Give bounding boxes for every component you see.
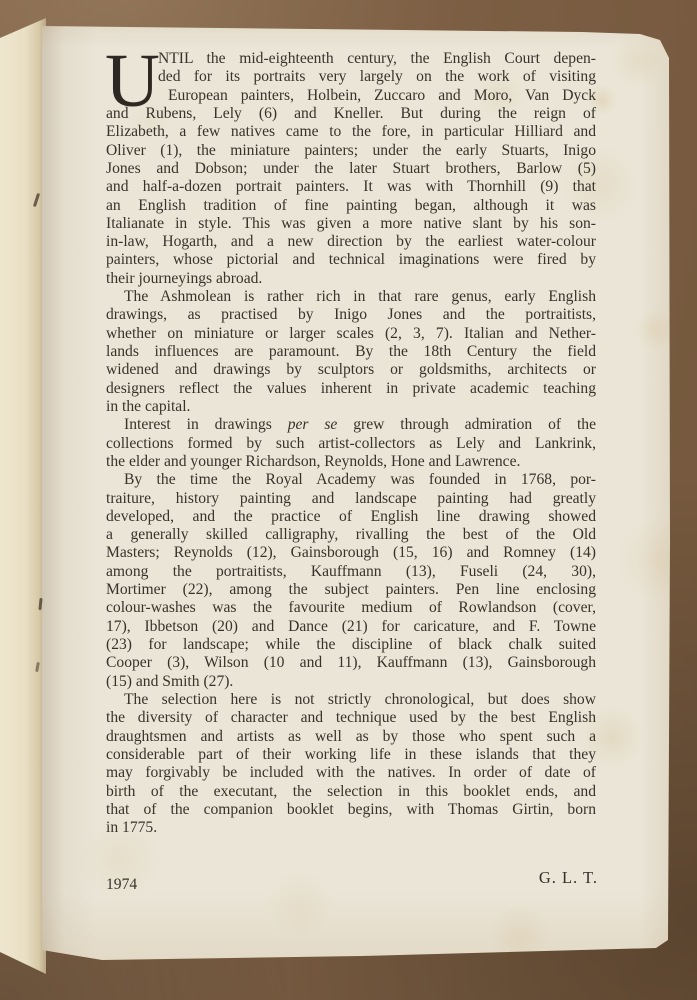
text-line: European painters, Holbein, Zuccaro and …: [106, 87, 596, 105]
text-segment: grew through admiration of the: [337, 416, 596, 433]
text-line: considerable part of their working life …: [106, 746, 596, 764]
text-line: Italianate in style. This was given a mo…: [106, 215, 596, 233]
text-line: lands influences are paramount. By the 1…: [106, 343, 596, 361]
text-line: among the portraitists, Kauffmann (13), …: [106, 563, 596, 581]
text-line: draughtsmen and artists as well as by th…: [106, 728, 596, 746]
text-line: developed, and the practice of English l…: [106, 508, 596, 526]
text-line: The Ashmolean is rather rich in that rar…: [106, 288, 596, 306]
photo-scene: U NTIL the mid-eighteenth century, the E…: [0, 0, 697, 1000]
text-line: Masters; Reynolds (12), Gainsborough (15…: [106, 544, 596, 562]
text-line: in 1775.: [106, 819, 596, 837]
author-initials: G. L. T.: [106, 868, 598, 888]
text-line: a generally skilled calligraphy, rivalli…: [106, 526, 596, 544]
text-line: whether on miniature or larger scales (2…: [106, 325, 596, 343]
text-line: The selection here is not strictly chron…: [106, 691, 596, 709]
text-segment: Interest in drawings: [124, 416, 288, 433]
text-line: Mortimer (22), among the subject painter…: [106, 581, 596, 599]
text-line: in-law, Hogarth, and a new direction by …: [106, 233, 596, 251]
text-line: NTIL the mid-eighteenth century, the Eng…: [106, 50, 596, 68]
text-line: that of the companion booklet begins, wi…: [106, 801, 596, 819]
previous-page-edge: [0, 12, 46, 988]
text-line: Elizabeth, a few natives came to the for…: [106, 123, 596, 141]
drop-cap: U: [105, 43, 160, 119]
text-line: Jones and Dobson; under the later Stuart…: [106, 160, 596, 178]
text-line: Oliver (1), the miniature painters; unde…: [106, 142, 596, 160]
text-line: widened and drawings by sculptors or gol…: [106, 361, 596, 379]
text-line: Interest in drawings per se grew through…: [106, 416, 596, 434]
text-line: colour-washes was the favourite medium o…: [106, 599, 596, 617]
text-line: their journeyings abroad.: [106, 270, 596, 288]
text-line: collections formed by such artist-collec…: [106, 435, 596, 453]
page-text: U NTIL the mid-eighteenth century, the E…: [106, 50, 596, 837]
text-line: painters, whose pictorial and technical …: [106, 251, 596, 269]
paragraph-selection: The selection here is not strictly chron…: [106, 691, 596, 838]
text-line: birth of the executant, the selection in…: [106, 783, 596, 801]
paragraph-ashmolean: The Ashmolean is rather rich in that rar…: [106, 288, 596, 416]
text-line: the elder and younger Richardson, Reynol…: [106, 453, 596, 471]
text-line: in the capital.: [106, 398, 596, 416]
text-line: an English tradition of fine painting be…: [106, 197, 596, 215]
paragraph-collectors: Interest in drawings per se grew through…: [106, 416, 596, 471]
text-line: and Rubens, Lely (6) and Kneller. But du…: [106, 105, 596, 123]
text-line: and half-a-dozen portrait painters. It w…: [106, 178, 596, 196]
text-line: ded for its portraits very largely on th…: [106, 68, 596, 86]
text-line: drawings, as practised by Inigo Jones an…: [106, 306, 596, 324]
italic-text-per-se: per se: [288, 416, 338, 433]
text-line: the diversity of character and technique…: [106, 709, 596, 727]
text-line: may forgivably be included with the nati…: [106, 764, 596, 782]
text-line: Cooper (3), Wilson (10 and 11), Kauffman…: [106, 654, 596, 672]
paragraph-royal-academy: By the time the Royal Academy was founde…: [106, 471, 596, 691]
text-line: designers reflect the values inherent in…: [106, 380, 596, 398]
paragraph-intro: U NTIL the mid-eighteenth century, the E…: [106, 50, 596, 288]
book-page: U NTIL the mid-eighteenth century, the E…: [42, 22, 670, 962]
text-line: By the time the Royal Academy was founde…: [106, 471, 596, 489]
text-line: (23) for landscape; while the discipline…: [106, 636, 596, 654]
text-line: 17), Ibbetson (20) and Dance (21) for ca…: [106, 618, 596, 636]
text-line: traiture, history painting and landscape…: [106, 490, 596, 508]
text-line: (15) and Smith (27).: [106, 673, 596, 691]
